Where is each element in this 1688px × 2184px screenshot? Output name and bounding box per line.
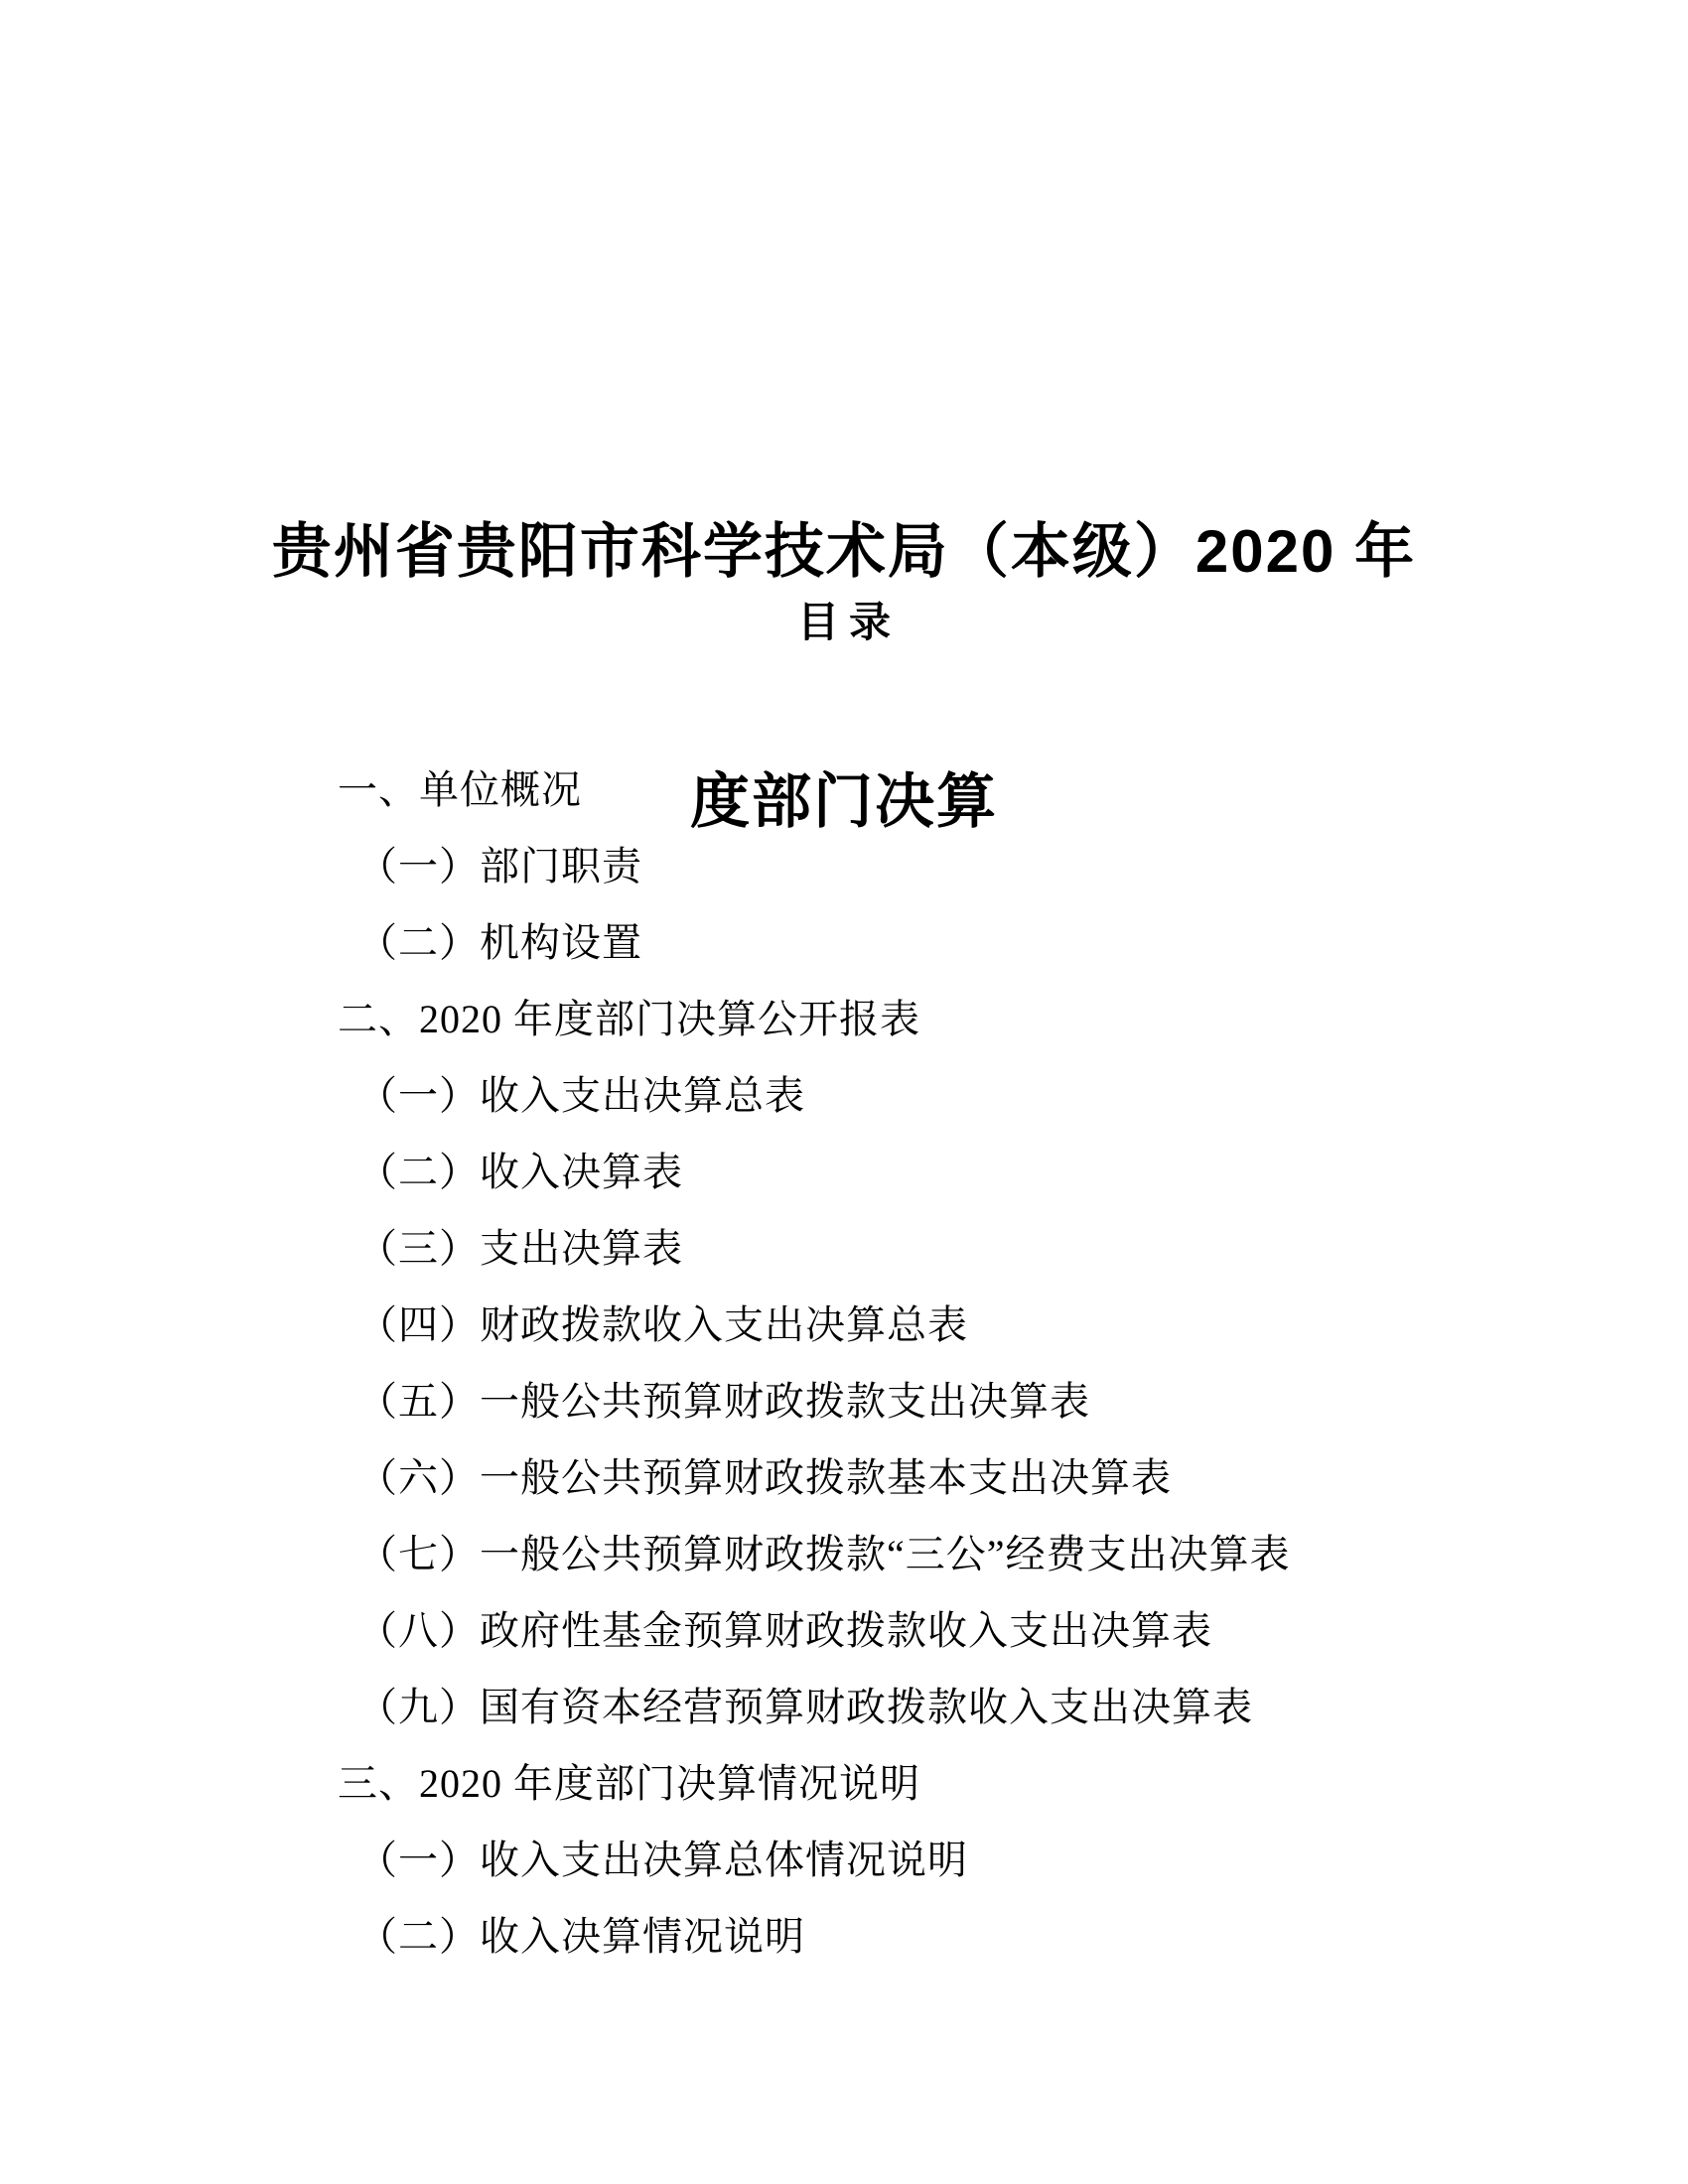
toc-item: （四）财政拨款收入支出决算总表 xyxy=(0,1287,1688,1363)
toc-item: （五）一般公共预算财政拨款支出决算表 xyxy=(0,1363,1688,1439)
toc-item: （二）收入决算情况说明 xyxy=(0,1898,1688,1975)
toc-item: （一）部门职责 xyxy=(0,828,1688,904)
toc-item: 一、单位概况 xyxy=(0,751,1688,828)
toc-item: 二、2020 年度部门决算公开报表 xyxy=(0,981,1688,1057)
toc-item: （一）收入支出决算总体情况说明 xyxy=(0,1822,1688,1898)
document-title-line1: 贵州省贵阳市科学技术局（本级）2020 年 xyxy=(0,510,1688,594)
toc-list: 一、单位概况 （一）部门职责 （二）机构设置 二、2020 年度部门决算公开报表… xyxy=(0,751,1688,1975)
toc-item: 三、2020 年度部门决算情况说明 xyxy=(0,1745,1688,1822)
toc-item: （六）一般公共预算财政拨款基本支出决算表 xyxy=(0,1439,1688,1516)
toc-item: （九）国有资本经营预算财政拨款收入支出决算表 xyxy=(0,1669,1688,1745)
toc-heading: 目录 xyxy=(0,599,1688,648)
toc-item: （一）收入支出决算总表 xyxy=(0,1057,1688,1134)
toc-item: （三）支出决算表 xyxy=(0,1210,1688,1287)
toc-item: （八）政府性基金预算财政拨款收入支出决算表 xyxy=(0,1592,1688,1669)
toc-item: （二）收入决算表 xyxy=(0,1134,1688,1210)
toc-item: （七）一般公共预算财政拨款“三公”经费支出决算表 xyxy=(0,1516,1688,1592)
document-page: 贵州省贵阳市科学技术局（本级）2020 年 度部门决算 目录 一、单位概况 （一… xyxy=(0,0,1688,2184)
toc-item: （二）机构设置 xyxy=(0,904,1688,981)
